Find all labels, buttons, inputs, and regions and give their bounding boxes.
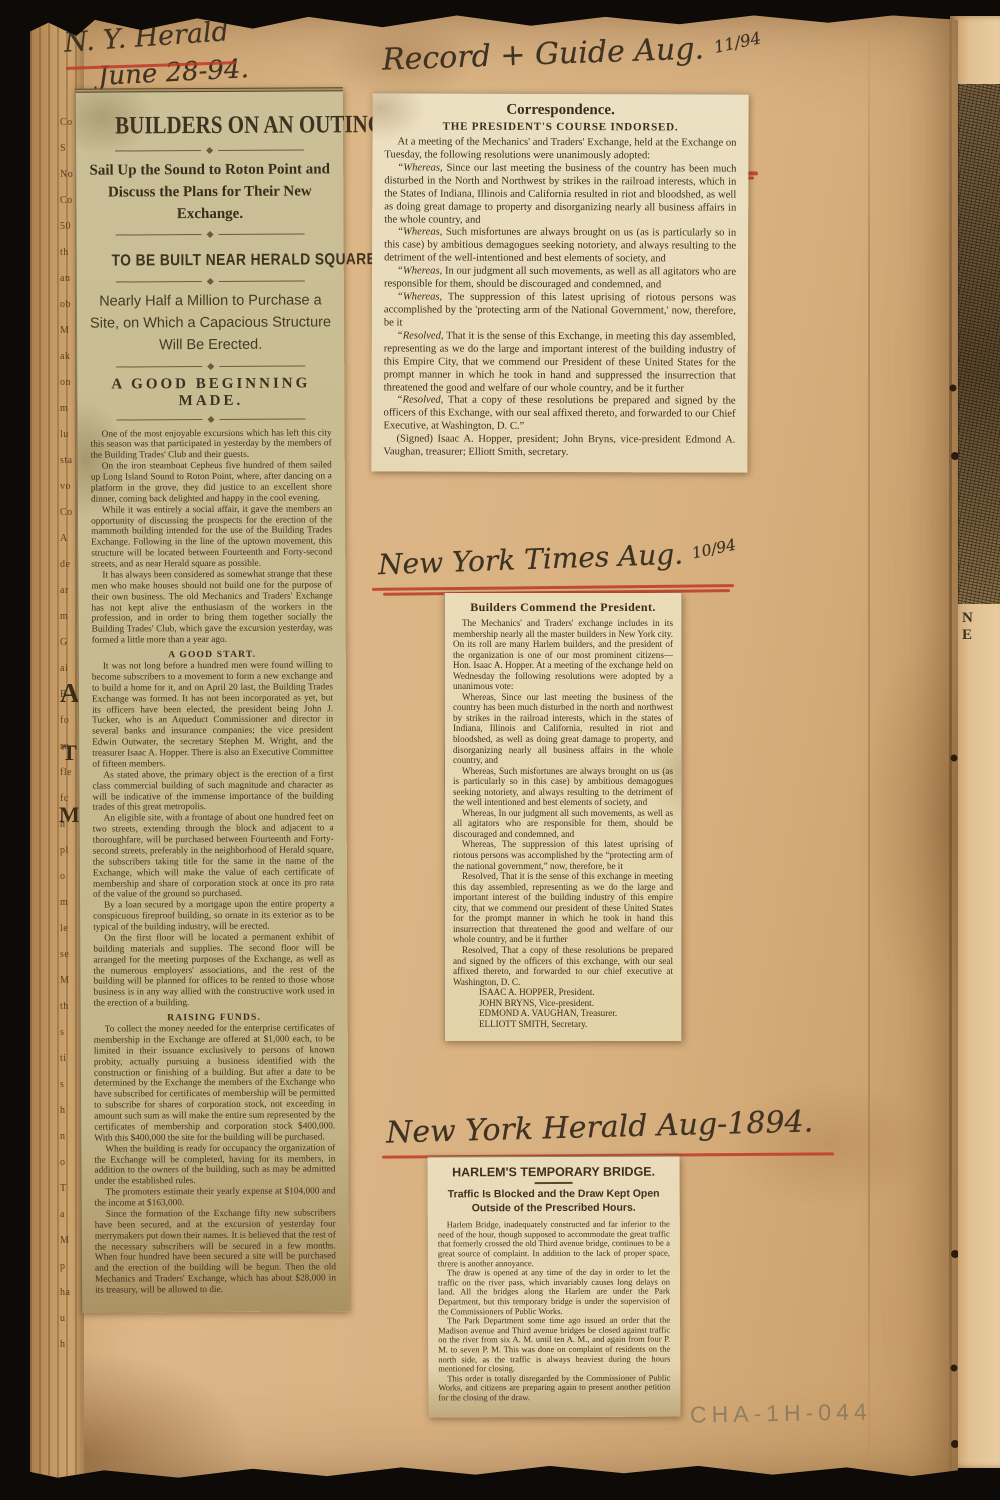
edge-letter: M [59,802,80,828]
clipping-headline: Correspondence. [385,101,737,119]
ornament-divider [116,363,305,369]
signature-line: EDMOND A. VAUGHAN, Treasurer. [453,1008,673,1019]
stitch-holes [30,14,34,18]
clipping-subhead: A GOOD BEGINNING MADE. [90,375,331,410]
edge-letter: A [60,678,80,709]
body-paragraph: (Signed) Isaac A. Hopper, president; Joh… [383,434,735,461]
body-paragraph: It has always been considered as somewha… [91,569,332,646]
body-paragraph: “Whereas, Since our last meeting the bus… [384,162,736,228]
ornament-divider [117,416,306,422]
clipping-headline: Builders Commend the President. [453,600,673,615]
red-ink-underline [372,584,734,591]
page-crease [868,14,870,1482]
clipping-subhead: THE PRESIDENT'S COURSE INDORSED. [385,120,737,133]
clipping-deck: Sail Up the Sound to Roton Point and Dis… [89,159,330,226]
ornament-divider [116,279,305,285]
handwriting-date-fraction: 10/94 [690,536,737,563]
clipping-headline: HARLEM'S TEMPORARY BRIDGE. [438,1165,670,1180]
body-paragraph: The draw is opened at any time of the da… [438,1268,670,1317]
body-paragraph: “Resolved, That a copy of these resoluti… [383,395,735,435]
clipping-harlem-bridge: HARLEM'S TEMPORARY BRIDGE. Traffic Is Bl… [428,1156,681,1417]
body-paragraph: Whereas, Since our last meeting the busi… [453,692,673,766]
engraving-illustration [958,84,1000,604]
signature-line: JOHN BRYNS, Vice-president. [453,998,673,1009]
body-paragraph: This order is totally disregarded by the… [438,1373,670,1403]
handwriting-ny-herald-source: N. Y. Herald [63,16,230,58]
clipping-deck: Nearly Half a Million to Purchase a Site… [90,291,331,358]
handwriting-herald-1894-source: New York Herald Aug-1894. [386,1104,814,1150]
diamond-ornament-icon [207,231,214,238]
page-crease [949,14,952,1482]
body-paragraph: Since the formation of the Exchange fift… [95,1208,336,1296]
crosshead: A GOOD START. [92,649,333,660]
body-paragraph: When the building is ready for occupancy… [94,1143,335,1188]
body-paragraph: Whereas, Such misfortunes are always bro… [453,766,673,808]
body-paragraph: Resolved, That it is the sense of this e… [453,871,673,945]
body-paragraph: Harlem Bridge, inadequately constructed … [438,1220,670,1269]
body-paragraph: Whereas, In our judgment all such moveme… [453,808,673,840]
body-paragraph: “Whereas, In our judgment all such movem… [384,266,736,293]
body-paragraph: The promoters estimate their yearly expe… [95,1186,336,1209]
diamond-ornament-icon [207,362,214,369]
body-paragraph: “Whereas, The suppression of this latest… [384,291,736,331]
handwriting-times-source: New York Times Aug. 10/94 [378,536,737,581]
crosshead: RAISING FUNDS. [94,1012,335,1023]
body-paragraph: While it was entirely a social affair, i… [91,504,332,571]
signature-line: ISAAC A. HOPPER, President. [453,987,673,998]
body-paragraph: An eligible site, with a frontage of abo… [93,813,334,901]
body-paragraph: One of the most enjoyable excursions whi… [91,428,332,462]
clipping-correspondence: Correspondence. THE PRESIDENT'S COURSE I… [371,92,748,472]
edge-letter: T [62,740,77,766]
headline-rule [535,1182,573,1184]
diamond-ornament-icon [206,147,213,154]
body-paragraph: The Mechanics' and Traders' exchange inc… [453,618,673,692]
scrapbook-page: Co S No Co 50 th an ob M ak on m lu sta … [30,14,958,1482]
body-paragraph: Resolved, That a copy of these resolutio… [453,945,673,987]
handwriting-record-guide-source: Record + Guide Aug. 11/94 [382,29,762,77]
clipping-subhead: TO BE BUILT NEAR HERALD SQUARE. [90,244,331,273]
engraving-caption: N E [962,610,1000,644]
diamond-ornament-icon [207,278,214,285]
clipping-subhead: Traffic Is Blocked and the Draw Kept Ope… [438,1188,670,1216]
archival-code-pencil: CHA-1H-044 [690,1398,872,1428]
body-paragraph: “Resolved, That it is the sense of this … [384,330,736,396]
body-paragraph: “Whereas, Such misfortunes are always br… [384,227,736,267]
clipping-builders-commend: Builders Commend the President. The Mech… [444,593,682,1041]
ornament-divider [116,232,305,238]
ornament-divider [115,148,304,154]
signature-line: ELLIOTT SMITH, Secretary. [453,1019,673,1030]
body-paragraph: The Park Department some time ago issued… [438,1316,670,1374]
body-paragraph: To collect the money needed for the ente… [94,1023,336,1144]
handwriting-ny-herald-date: June 28-94. [97,54,249,92]
clipping-builders-outing: BUILDERS ON AN OUTING. Sail Up the Sound… [75,87,349,1312]
body-paragraph: It was not long before a hundred men wer… [92,660,334,770]
body-paragraph: By a loan secured by a mortgage upon the… [93,900,334,934]
clipping-headline: BUILDERS ON AN OUTING. [89,103,330,141]
diamond-ornament-icon [207,415,214,422]
scrapbook-photo: N E Co S No Co 50 th an ob M ak on m lu … [0,0,1000,1500]
body-paragraph: Whereas, The suppression of this latest … [453,839,673,871]
body-paragraph: As stated above, the primary object is t… [92,769,333,814]
body-paragraph: On the first floor will be located a per… [93,932,334,1009]
body-paragraph: At a meeting of the Mechanics' and Trade… [384,136,736,163]
body-paragraph: On the iron steamboat Cepheus five hundr… [91,460,332,505]
handwriting-date-fraction: 11/94 [712,28,762,56]
